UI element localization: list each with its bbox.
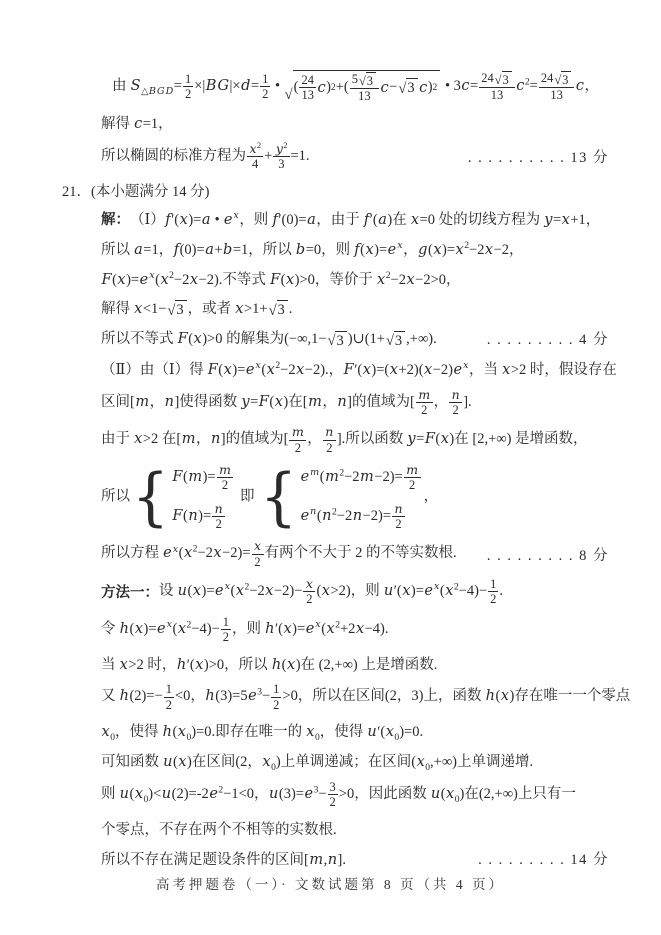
solution-line-19: x0，使得 h(x0)=0.即存在唯一的 x0，使得 u′(x0)=0. bbox=[101, 720, 609, 742]
math-expression: 令 h(x)=ex(x2−4)−12，则 h′(x)=ex(x2+2x−4). bbox=[101, 615, 389, 645]
line-lead-label: 方法一： bbox=[101, 581, 159, 602]
solution-line-10: （Ⅱ）由（Ⅰ）得 F(x)=ex(x2−2x−2).，F′(x)=(x+2)(x… bbox=[101, 358, 609, 380]
solution-line-8: 解得 x<1−√3，或者 x>1+√3. bbox=[101, 297, 609, 319]
solution-line-20: 可知函数 u(x)在区间(2，x0)上单调递减；在区间(x0,+∞)上单调递增. bbox=[101, 750, 609, 772]
solution-line-17: 当 x>2 时，h′(x)>0，所以 h(x)在 (2,+∞) 上是增函数. bbox=[101, 652, 609, 674]
math-expression: 个零点，不存在两个不相等的实数根. bbox=[101, 818, 337, 839]
solution-content: 由 S△BGD=12×|BG|×d=12 • √(2413c)2+(5√313c… bbox=[0, 0, 661, 870]
math-expression: 所以不等式 F(x)>0 的解集为(−∞,1−√3)∪(1+√3,+∞). bbox=[101, 327, 437, 349]
solution-line-12: 由于 x>2 在[m，n]的值域为[m2，n2].所以函数 y=F(x)在 [2… bbox=[101, 425, 609, 455]
math-expression: 由于 x>2 在[m，n]的值域为[m2，n2].所以函数 y=F(x)在 [2… bbox=[101, 425, 588, 455]
solution-line-23: 所以不存在满足题设条件的区间[m,n].. . . . . . . . . 14… bbox=[101, 848, 609, 870]
solution-line-21: 则 u(x0)<u(2)=-2e2−1<0，u(3)=e3−32>0，因此函数 … bbox=[101, 780, 609, 810]
math-expression: 由 S△BGD=12×|BG|×d=12 • √(2413c)2+(5√313c… bbox=[112, 70, 599, 104]
solution-line-7: F(x)=ex(x2−2x−2).不等式 F(x)>0，等价于 x2−2x−2>… bbox=[101, 267, 609, 289]
heading-text: 21．(本小题满分 14 分) bbox=[62, 180, 209, 201]
score-marker: . . . . . . . . . 14 分 bbox=[468, 848, 609, 869]
math-expression: （Ⅰ）f′(x)=a • ex，则 f′(0)=a，由于 f′(a)在 x=0 … bbox=[130, 208, 600, 229]
score-marker: . . . . . . . . . 8 分 bbox=[477, 544, 609, 565]
document-page: 由 S△BGD=12×|BG|×d=12 • √(2413c)2+(5√313c… bbox=[0, 0, 661, 935]
score-marker: . . . . . . . . . 4 分 bbox=[477, 328, 609, 349]
solution-line-6: 所以 a=1，f(0)=a+b=1，所以 b=0，则 f(x)=ex，g(x)=… bbox=[101, 237, 609, 259]
solution-line-11: 区间[m，n]使得函数 y=F(x)在[m，n]的值域为[m2，n2]. bbox=[101, 388, 609, 418]
solution-line-3: 所以椭圆的标准方程为x24+y23=1.. . . . . . . . . . … bbox=[101, 142, 609, 172]
solution-line-18: 又 h(2)=−12<0，h(3)=5e3−12>0，所以在区间(2，3)上，函… bbox=[101, 682, 609, 712]
math-expression: 所以{F(m)=m2F(n)=n2 即 {em(m2−2m−2)=m2en(n2… bbox=[101, 463, 438, 531]
solution-line-5: 解：（Ⅰ）f′(x)=a • ex，则 f′(0)=a，由于 f′(a)在 x=… bbox=[101, 207, 609, 229]
math-expression: F(x)=ex(x2−2x−2).不等式 F(x)>0，等价于 x2−2x−2>… bbox=[101, 268, 461, 289]
math-expression: 所以方程 ex(x2−2x−2)=x2有两个不大于 2 的不等实数根. bbox=[101, 539, 457, 569]
math-expression: 所以椭圆的标准方程为x24+y23=1. bbox=[101, 142, 310, 172]
math-expression: 区间[m，n]使得函数 y=F(x)在[m，n]的值域为[m2，n2]. bbox=[101, 388, 472, 418]
solution-line-16: 令 h(x)=ex(x2−4)−12，则 h′(x)=ex(x2+2x−4). bbox=[101, 615, 609, 645]
math-expression: 所以不存在满足题设条件的区间[m,n]. bbox=[101, 848, 346, 869]
page-footer: 高考押题卷（一）· 文数试题第 8 页（共 4 页） bbox=[0, 873, 661, 893]
math-expression: 解得 c=1， bbox=[101, 112, 173, 133]
solution-line-22: 个零点，不存在两个不相等的实数根. bbox=[101, 818, 609, 840]
line-lead-label: 解： bbox=[101, 208, 130, 229]
solution-line-9: 所以不等式 F(x)>0 的解集为(−∞,1−√3)∪(1+√3,+∞).. .… bbox=[101, 327, 609, 349]
math-expression: 则 u(x0)<u(2)=-2e2−1<0，u(3)=e3−32>0，因此函数 … bbox=[101, 780, 576, 810]
solution-line-1: 由 S△BGD=12×|BG|×d=12 • √(2413c)2+(5√313c… bbox=[112, 70, 609, 104]
math-expression: （Ⅱ）由（Ⅰ）得 F(x)=ex(x2−2x−2).，F′(x)=(x+2)(x… bbox=[101, 358, 617, 379]
math-expression: 所以 a=1，f(0)=a+b=1，所以 b=0，则 f(x)=ex，g(x)=… bbox=[101, 238, 524, 259]
math-expression: 解得 x<1−√3，或者 x>1+√3. bbox=[101, 297, 292, 319]
math-expression: 设 u(x)=ex(x2−2x−2)−x2(x>2)，则 u′(x)=ex(x2… bbox=[159, 577, 503, 607]
math-expression: 当 x>2 时，h′(x)>0，所以 h(x)在 (2,+∞) 上是增函数. bbox=[101, 653, 437, 674]
solution-line-13: 所以{F(m)=m2F(n)=n2 即 {em(m2−2m−2)=m2en(n2… bbox=[101, 463, 609, 531]
solution-line-14: 所以方程 ex(x2−2x−2)=x2有两个不大于 2 的不等实数根.. . .… bbox=[101, 539, 609, 569]
math-expression: 可知函数 u(x)在区间(2，x0)上单调递减；在区间(x0,+∞)上单调递增. bbox=[101, 750, 533, 771]
solution-line-15: 方法一：设 u(x)=ex(x2−2x−2)−x2(x>2)，则 u′(x)=e… bbox=[101, 577, 609, 607]
score-marker: . . . . . . . . . . 13 分 bbox=[458, 146, 609, 167]
problem-number-heading: 21．(本小题满分 14 分) bbox=[62, 179, 609, 201]
math-expression: 又 h(2)=−12<0，h(3)=5e3−12>0，所以在区间(2，3)上，函… bbox=[101, 682, 630, 712]
math-expression: x0，使得 h(x0)=0.即存在唯一的 x0，使得 u′(x0)=0. bbox=[101, 720, 423, 741]
solution-line-2: 解得 c=1， bbox=[101, 112, 609, 134]
